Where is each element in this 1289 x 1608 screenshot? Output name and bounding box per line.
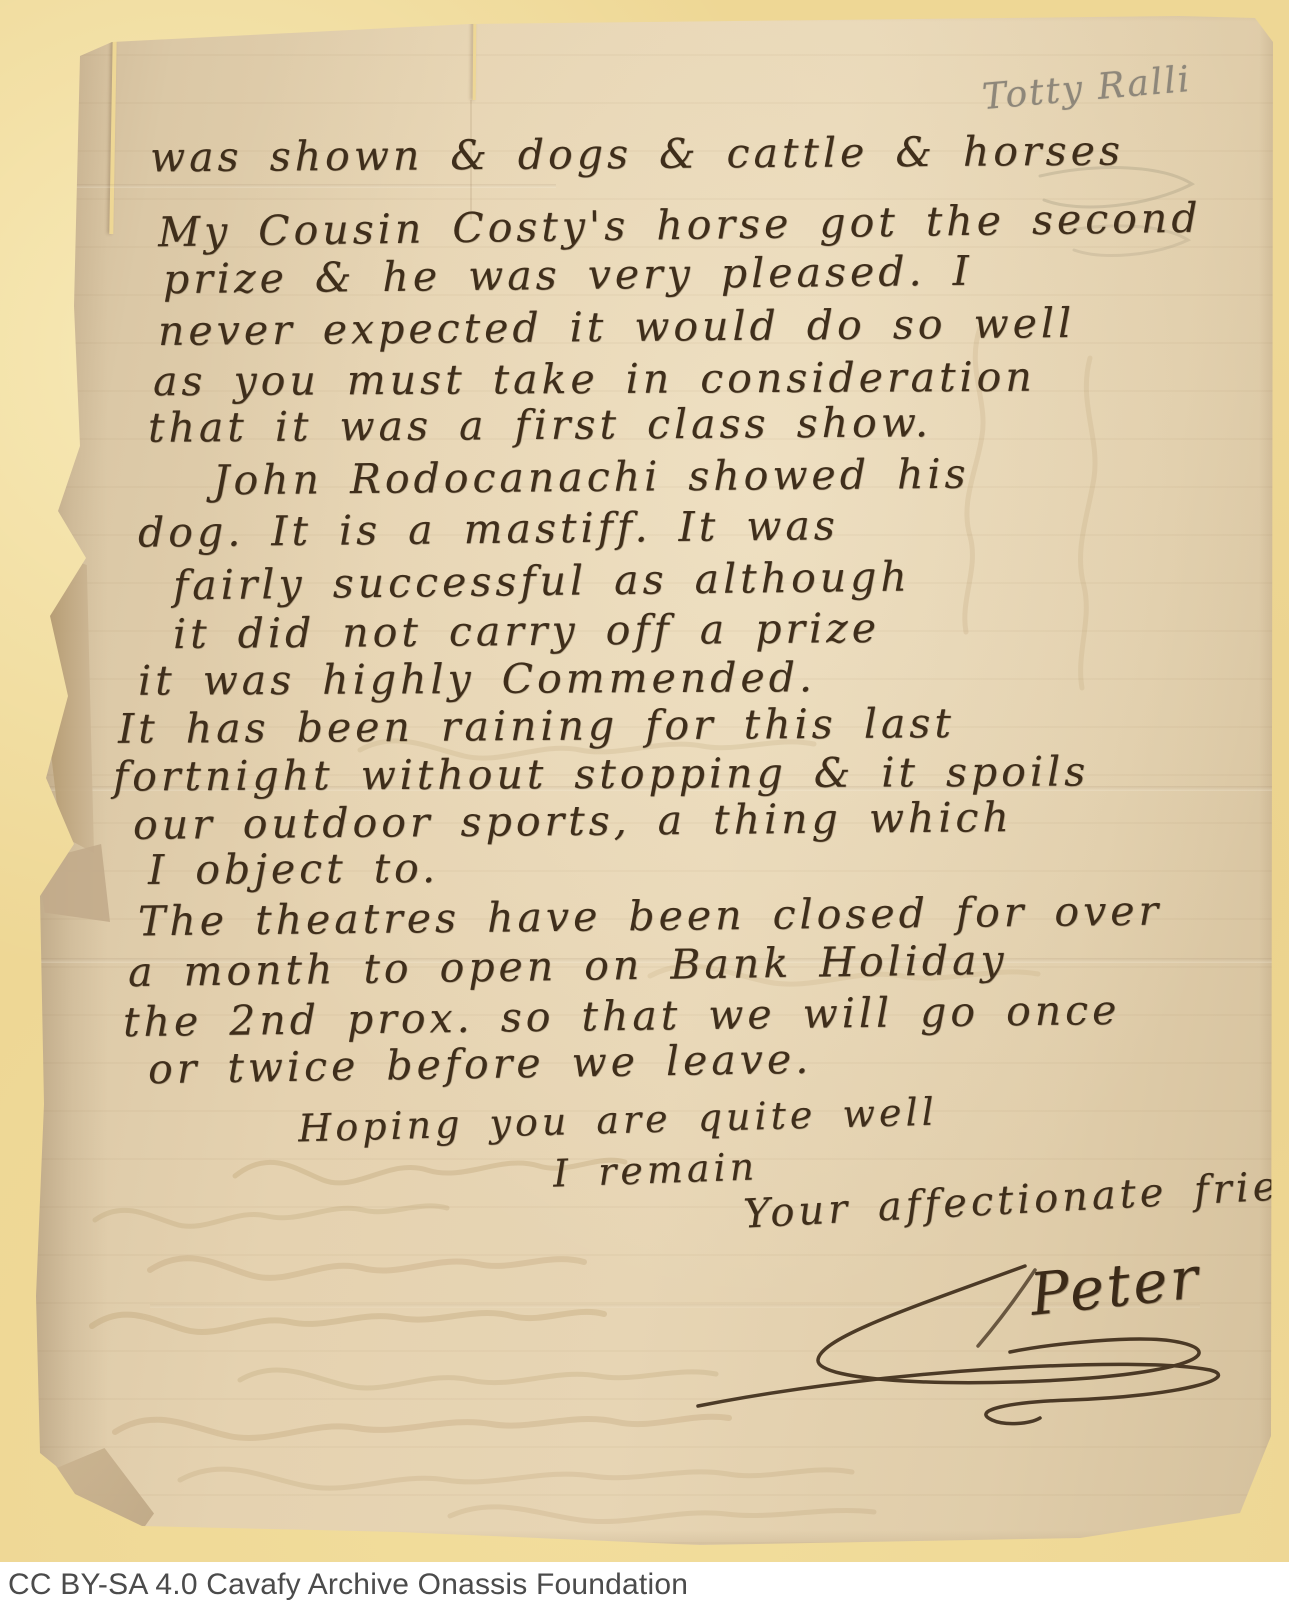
letter-page: Totty Ralli was shown & dogs & cattle & … [30,8,1275,1556]
attribution-bar: CC BY-SA 4.0 Cavafy Archive Onassis Foun… [0,1562,1289,1608]
signature-flourish [30,8,1275,1556]
scan-viewport: Totty Ralli was shown & dogs & cattle & … [0,0,1289,1608]
license-attribution: CC BY-SA 4.0 Cavafy Archive Onassis Foun… [0,1568,688,1602]
